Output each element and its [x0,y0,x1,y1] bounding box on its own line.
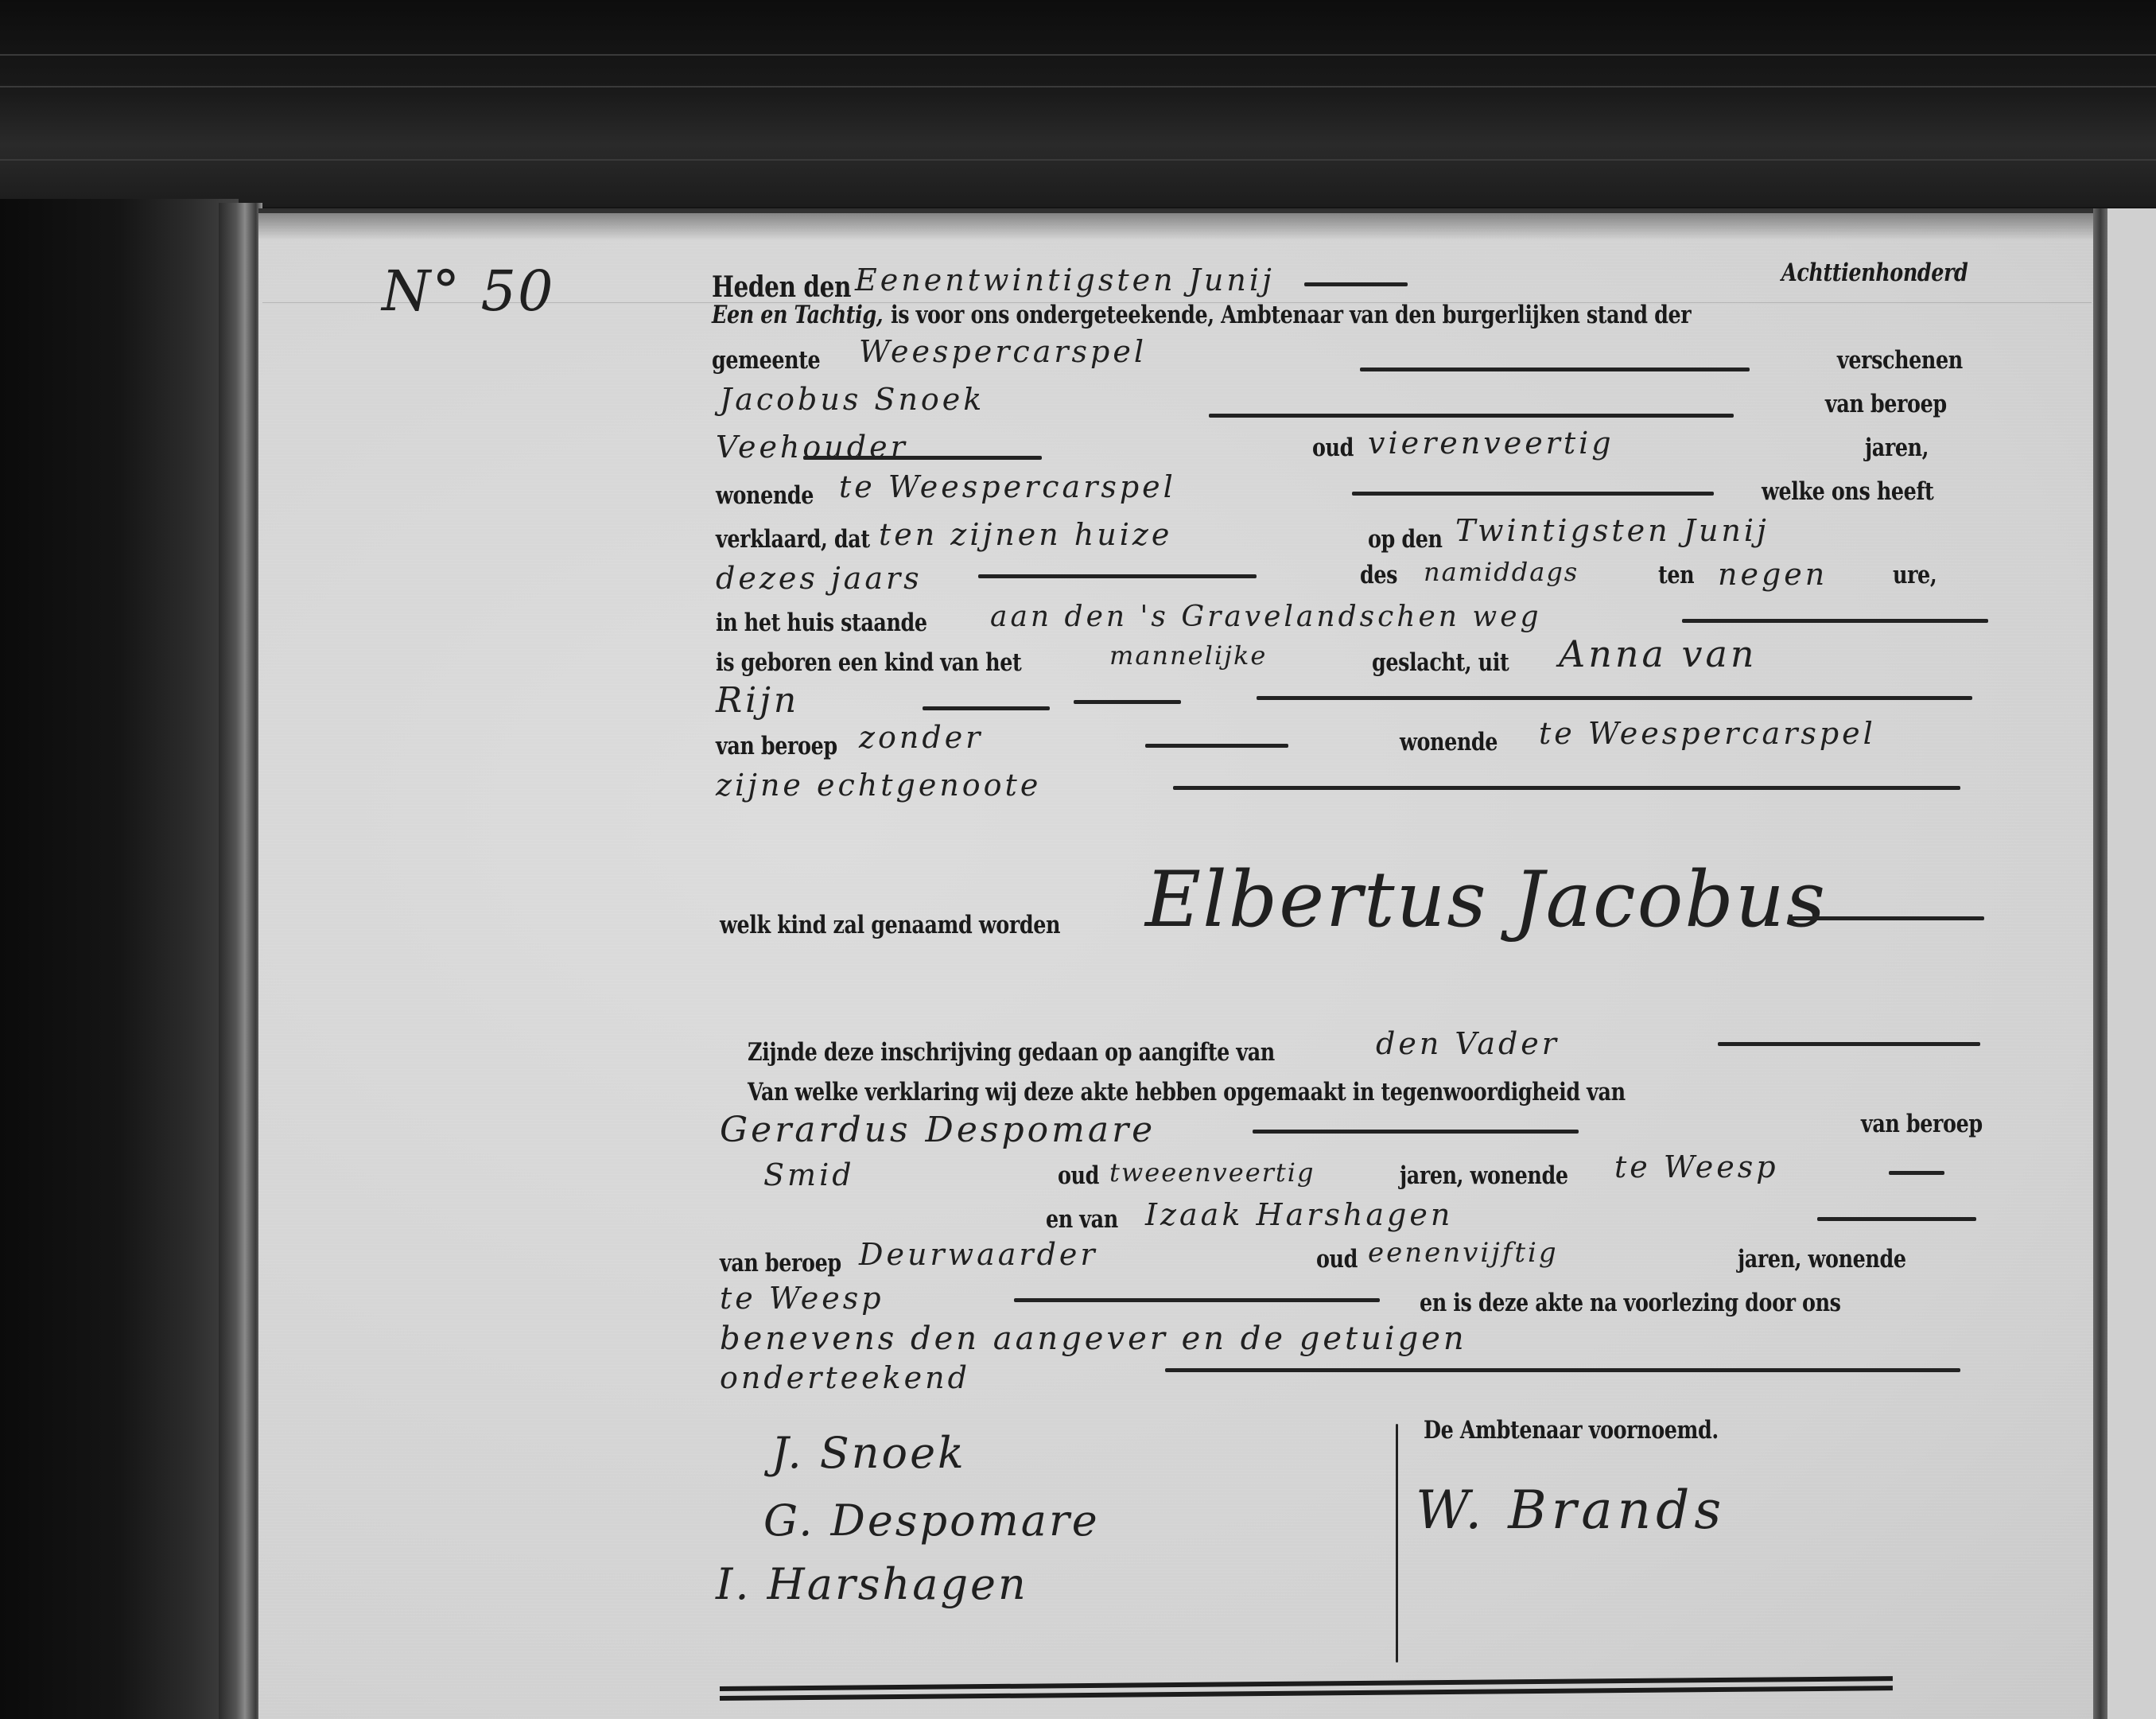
printed-is-geboren: is geboren een kind van het [716,648,1021,677]
printed-official-intro: is voor ons ondergeteekende, Ambtenaar v… [891,301,1691,329]
fill-dash [1253,1130,1579,1134]
printed-oud: oud [1058,1161,1099,1190]
fill-dash [1718,1042,1980,1046]
signature-official: W. Brands [1416,1480,1726,1541]
printed-heden-den: Heden den [712,270,851,304]
printed-in-het-huis-staande: in het huis staande [716,609,927,637]
hand-witness2-age: eenenvijftig [1368,1237,1559,1269]
printed-een-en-tachtig: Een en Tachtig, [712,301,883,329]
record-number: N° 50 [382,259,555,324]
printed-voorlezing: en is deze akte na voorlezing door ons [1420,1289,1841,1317]
printed-des: des [1360,561,1397,589]
printed-aangifte: Zijnde deze inschrijving gedaan op aangi… [748,1038,1275,1067]
printed-ure: ure, [1893,561,1937,589]
fill-dash [1352,492,1714,496]
printed-ten: ten [1658,561,1694,589]
hand-birth-date: Twintigsten Junij [1455,513,1769,548]
printed-oud: oud [1312,434,1354,462]
fill-dash [1165,1368,1960,1372]
fill-dash [1889,1171,1944,1175]
hand-birth-location: ten zijnen huize [879,517,1172,552]
hand-child-given-names: Elbertus Jacobus [1145,855,1827,944]
printed-van-beroep: van beroep [720,1249,841,1278]
printed-jaren: jaren, [1865,434,1929,462]
printed-achttienhonderd: Achttienhonderd [1781,259,1968,287]
fill-dash [1014,1298,1380,1302]
hand-child-sex: mannelijke [1109,640,1267,671]
hand-witness1-residence: te Weesp [1614,1149,1779,1184]
printed-en-van: en van [1046,1205,1118,1234]
hand-declarant: den Vader [1376,1026,1560,1061]
birth-record: N° 50 Heden den Eenentwintigsten Junij A… [0,0,2156,1719]
fill-dash [1145,744,1288,748]
printed-welke-ons-heeft: welke ons heeft [1762,477,1933,506]
hand-witness1-name: Gerardus Despomare [720,1110,1156,1150]
signature-bracket [1396,1424,1398,1663]
fill-dash [1789,916,1984,920]
hand-birth-hour: negen [1718,557,1828,592]
hand-mother-relation: zijne echtgenoote [716,768,1041,803]
printed-van-beroep: van beroep [716,732,837,760]
fill-dash [1173,786,1960,790]
hand-witness1-occupation: Smid [763,1157,855,1192]
hand-house-address: aan den 's Gravelandschen weg [990,601,1542,633]
fill-dash [803,456,1042,460]
fill-dash [1074,700,1181,704]
printed-jaren-wonende: jaren, wonende [1400,1161,1568,1190]
printed-van-beroep: van beroep [1825,390,1947,418]
hand-signed: onderteekend [720,1360,970,1395]
hand-witness1-age: tweeenveertig [1109,1157,1315,1188]
hand-father-name: Jacobus Snoek [720,382,985,417]
hand-birth-year: dezes jaars [716,561,923,596]
printed-welk-kind-zal-genaamd-worden: welk kind zal genaamd worden [720,911,1060,939]
hand-witness2-residence: te Weesp [720,1281,884,1316]
fill-dash [1817,1217,1976,1221]
hand-witness2-occupation: Deurwaarder [859,1237,1098,1272]
hand-mother-occupation: zonder [859,720,983,755]
printed-geslacht-uit: geslacht, uit [1372,648,1509,677]
fill-dash [1360,368,1750,371]
signature-witness2: I. Harshagen [716,1559,1028,1609]
printed-oud: oud [1316,1245,1358,1274]
printed-gemeente: gemeente [712,346,820,375]
hand-birth-registration-day: Eenentwintigsten Junij [855,263,1275,298]
fill-dash [978,574,1257,578]
printed-wonende: wonende [716,481,814,510]
printed-op-den: op den [1368,525,1443,554]
printed-wonende: wonende [1400,728,1498,756]
fill-dash [1209,414,1734,418]
signature-father: J. Snoek [771,1428,966,1478]
hand-time-of-day: namiddags [1424,557,1579,587]
printed-de-ambtenaar-voornoemd: De Ambtenaar voornoemd. [1424,1416,1719,1445]
hand-witness2-name: Izaak Harshagen [1145,1197,1453,1232]
printed-verklaring-statement: Van welke verklaring wij deze akte hebbe… [748,1078,1626,1106]
printed-jaren-wonende: jaren, wonende [1738,1245,1906,1274]
fill-dash [923,706,1050,710]
hand-mother-surname: Rijn [716,680,799,721]
fill-dash [1257,696,1972,700]
hand-father-age: vierenveertig [1368,426,1614,461]
printed-van-beroep: van beroep [1861,1110,1983,1138]
hand-mother-name: Anna van [1559,632,1758,675]
hand-closing-phrase: benevens den aangever en de getuigen [720,1320,1467,1357]
hand-mother-residence: te Weespercarspel [1539,716,1876,751]
signature-witness1: G. Despomare [763,1495,1100,1546]
hand-father-residence: te Weespercarspel [839,469,1176,504]
hand-municipality: Weespercarspel [859,334,1147,369]
fill-dash [1682,619,1988,623]
fill-dash [1304,282,1408,286]
printed-verschenen: verschenen [1837,346,1963,375]
printed-verklaard-dat: verklaard, dat [716,525,870,554]
